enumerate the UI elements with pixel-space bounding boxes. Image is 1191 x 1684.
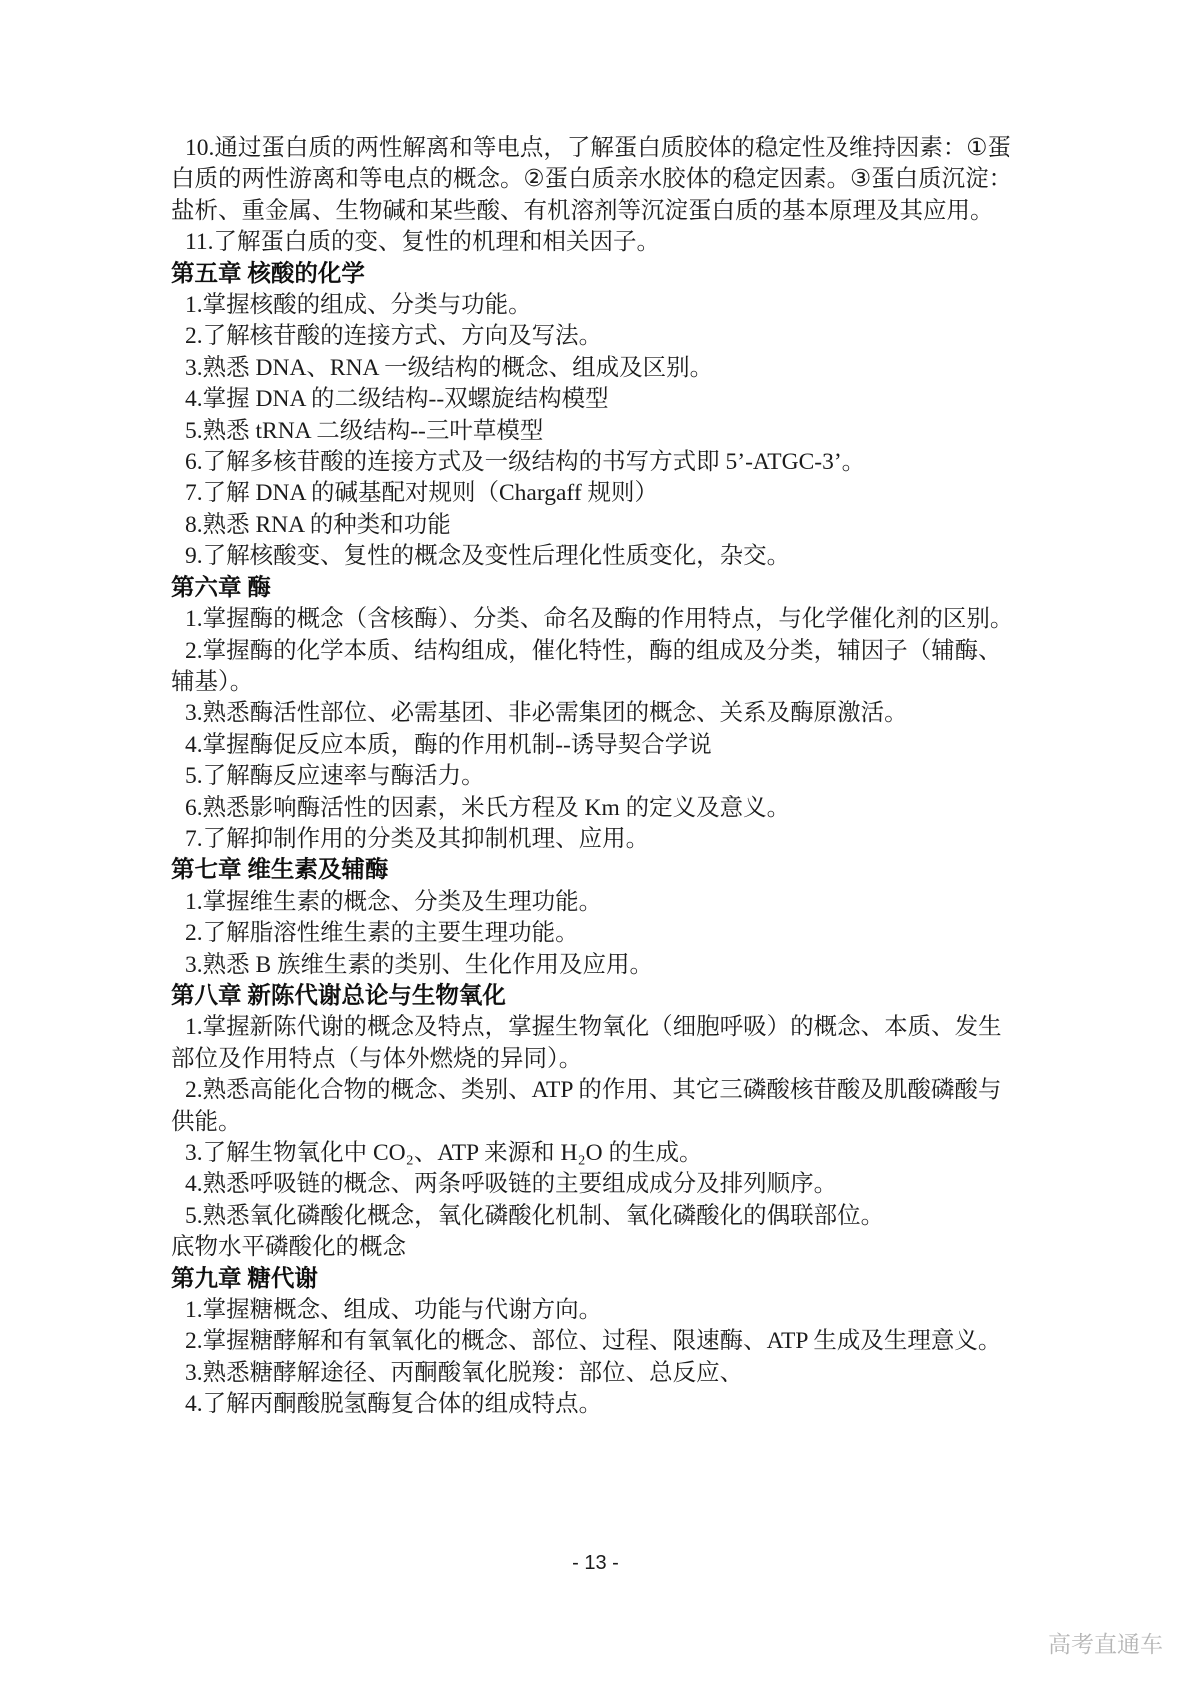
syllabus-item: 4.掌握 DNA 的二级结构--双螺旋结构模型	[171, 384, 1017, 415]
syllabus-item: 7.了解 DNA 的碱基配对规则（Chargaff 规则）	[171, 478, 1017, 509]
syllabus-item: 5.了解酶反应速率与酶活力。	[171, 761, 1017, 792]
chapter-heading: 第九章 糖代谢	[171, 1264, 1017, 1295]
syllabus-item: 4.掌握酶促反应本质，酶的作用机制--诱导契合学说	[171, 730, 1017, 761]
document-body: 10.通过蛋白质的两性解离和等电点，了解蛋白质胶体的稳定性及维持因素：①蛋白质的…	[171, 133, 1017, 1421]
syllabus-item: 1.掌握维生素的概念、分类及生理功能。	[171, 887, 1017, 918]
syllabus-item: 4.熟悉呼吸链的概念、两条呼吸链的主要组成成分及排列顺序。	[171, 1169, 1017, 1200]
syllabus-item: 2.掌握糖酵解和有氧氧化的概念、部位、过程、限速酶、ATP 生成及生理意义。	[171, 1326, 1017, 1357]
syllabus-item: 8.熟悉 RNA 的种类和功能	[171, 510, 1017, 541]
page-number: - 13 -	[0, 1552, 1191, 1575]
syllabus-item: 2.了解核苷酸的连接方式、方向及写法。	[171, 321, 1017, 352]
syllabus-item: 7.了解抑制作用的分类及其抑制机理、应用。	[171, 824, 1017, 855]
syllabus-item: 6.熟悉影响酶活性的因素，米氏方程及 Km 的定义及意义。	[171, 793, 1017, 824]
syllabus-item: 3.熟悉糖酵解途径、丙酮酸氧化脱羧：部位、总反应、	[171, 1358, 1017, 1389]
syllabus-item: 6.了解多核苷酸的连接方式及一级结构的书写方式即 5’-ATGC-3’。	[171, 447, 1017, 478]
syllabus-item: 10.通过蛋白质的两性解离和等电点，了解蛋白质胶体的稳定性及维持因素：①蛋白质的…	[171, 133, 1017, 227]
chapter-heading: 第八章 新陈代谢总论与生物氧化	[171, 981, 1017, 1012]
syllabus-item: 1.掌握核酸的组成、分类与功能。	[171, 290, 1017, 321]
chapter-heading: 第七章 维生素及辅酶	[171, 855, 1017, 886]
syllabus-item: 9.了解核酸变、复性的概念及变性后理化性质变化，杂交。	[171, 541, 1017, 572]
syllabus-item: 5.熟悉 tRNA 二级结构--三叶草模型	[171, 416, 1017, 447]
text-line: 底物水平磷酸化的概念	[171, 1232, 1017, 1263]
syllabus-item: 2.掌握酶的化学本质、结构组成，催化特性，酶的组成及分类，辅因子（辅酶、辅基）。	[171, 636, 1017, 699]
syllabus-item: 11.了解蛋白质的变、复性的机理和相关因子。	[171, 227, 1017, 258]
syllabus-item: 1.掌握酶的概念（含核酶）、分类、命名及酶的作用特点，与化学催化剂的区别。	[171, 604, 1017, 635]
syllabus-item: 3.熟悉 B 族维生素的类别、生化作用及应用。	[171, 950, 1017, 981]
syllabus-item: 2.了解脂溶性维生素的主要生理功能。	[171, 918, 1017, 949]
syllabus-item: 3.了解生物氧化中 CO₂、ATP 来源和 H₂O 的生成。	[171, 1138, 1017, 1169]
syllabus-item: 2.熟悉高能化合物的概念、类别、ATP 的作用、其它三磷酸核苷酸及肌酸磷酸与供能…	[171, 1075, 1017, 1138]
chapter-heading: 第五章 核酸的化学	[171, 259, 1017, 290]
syllabus-item: 3.熟悉酶活性部位、必需基团、非必需集团的概念、关系及酶原激活。	[171, 698, 1017, 729]
syllabus-item: 4.了解丙酮酸脱氢酶复合体的组成特点。	[171, 1389, 1017, 1420]
chapter-heading: 第六章 酶	[171, 573, 1017, 604]
syllabus-item: 5.熟悉氧化磷酸化概念，氧化磷酸化机制、氧化磷酸化的偶联部位。	[171, 1201, 1017, 1232]
syllabus-item: 1.掌握糖概念、组成、功能与代谢方向。	[171, 1295, 1017, 1326]
document-page: 10.通过蛋白质的两性解离和等电点，了解蛋白质胶体的稳定性及维持因素：①蛋白质的…	[0, 0, 1191, 1684]
syllabus-item: 3.熟悉 DNA、RNA 一级结构的概念、组成及区别。	[171, 353, 1017, 384]
watermark: 高考直通车	[1048, 1626, 1163, 1659]
syllabus-item: 1.掌握新陈代谢的概念及特点，掌握生物氧化（细胞呼吸）的概念、本质、发生部位及作…	[171, 1012, 1017, 1075]
